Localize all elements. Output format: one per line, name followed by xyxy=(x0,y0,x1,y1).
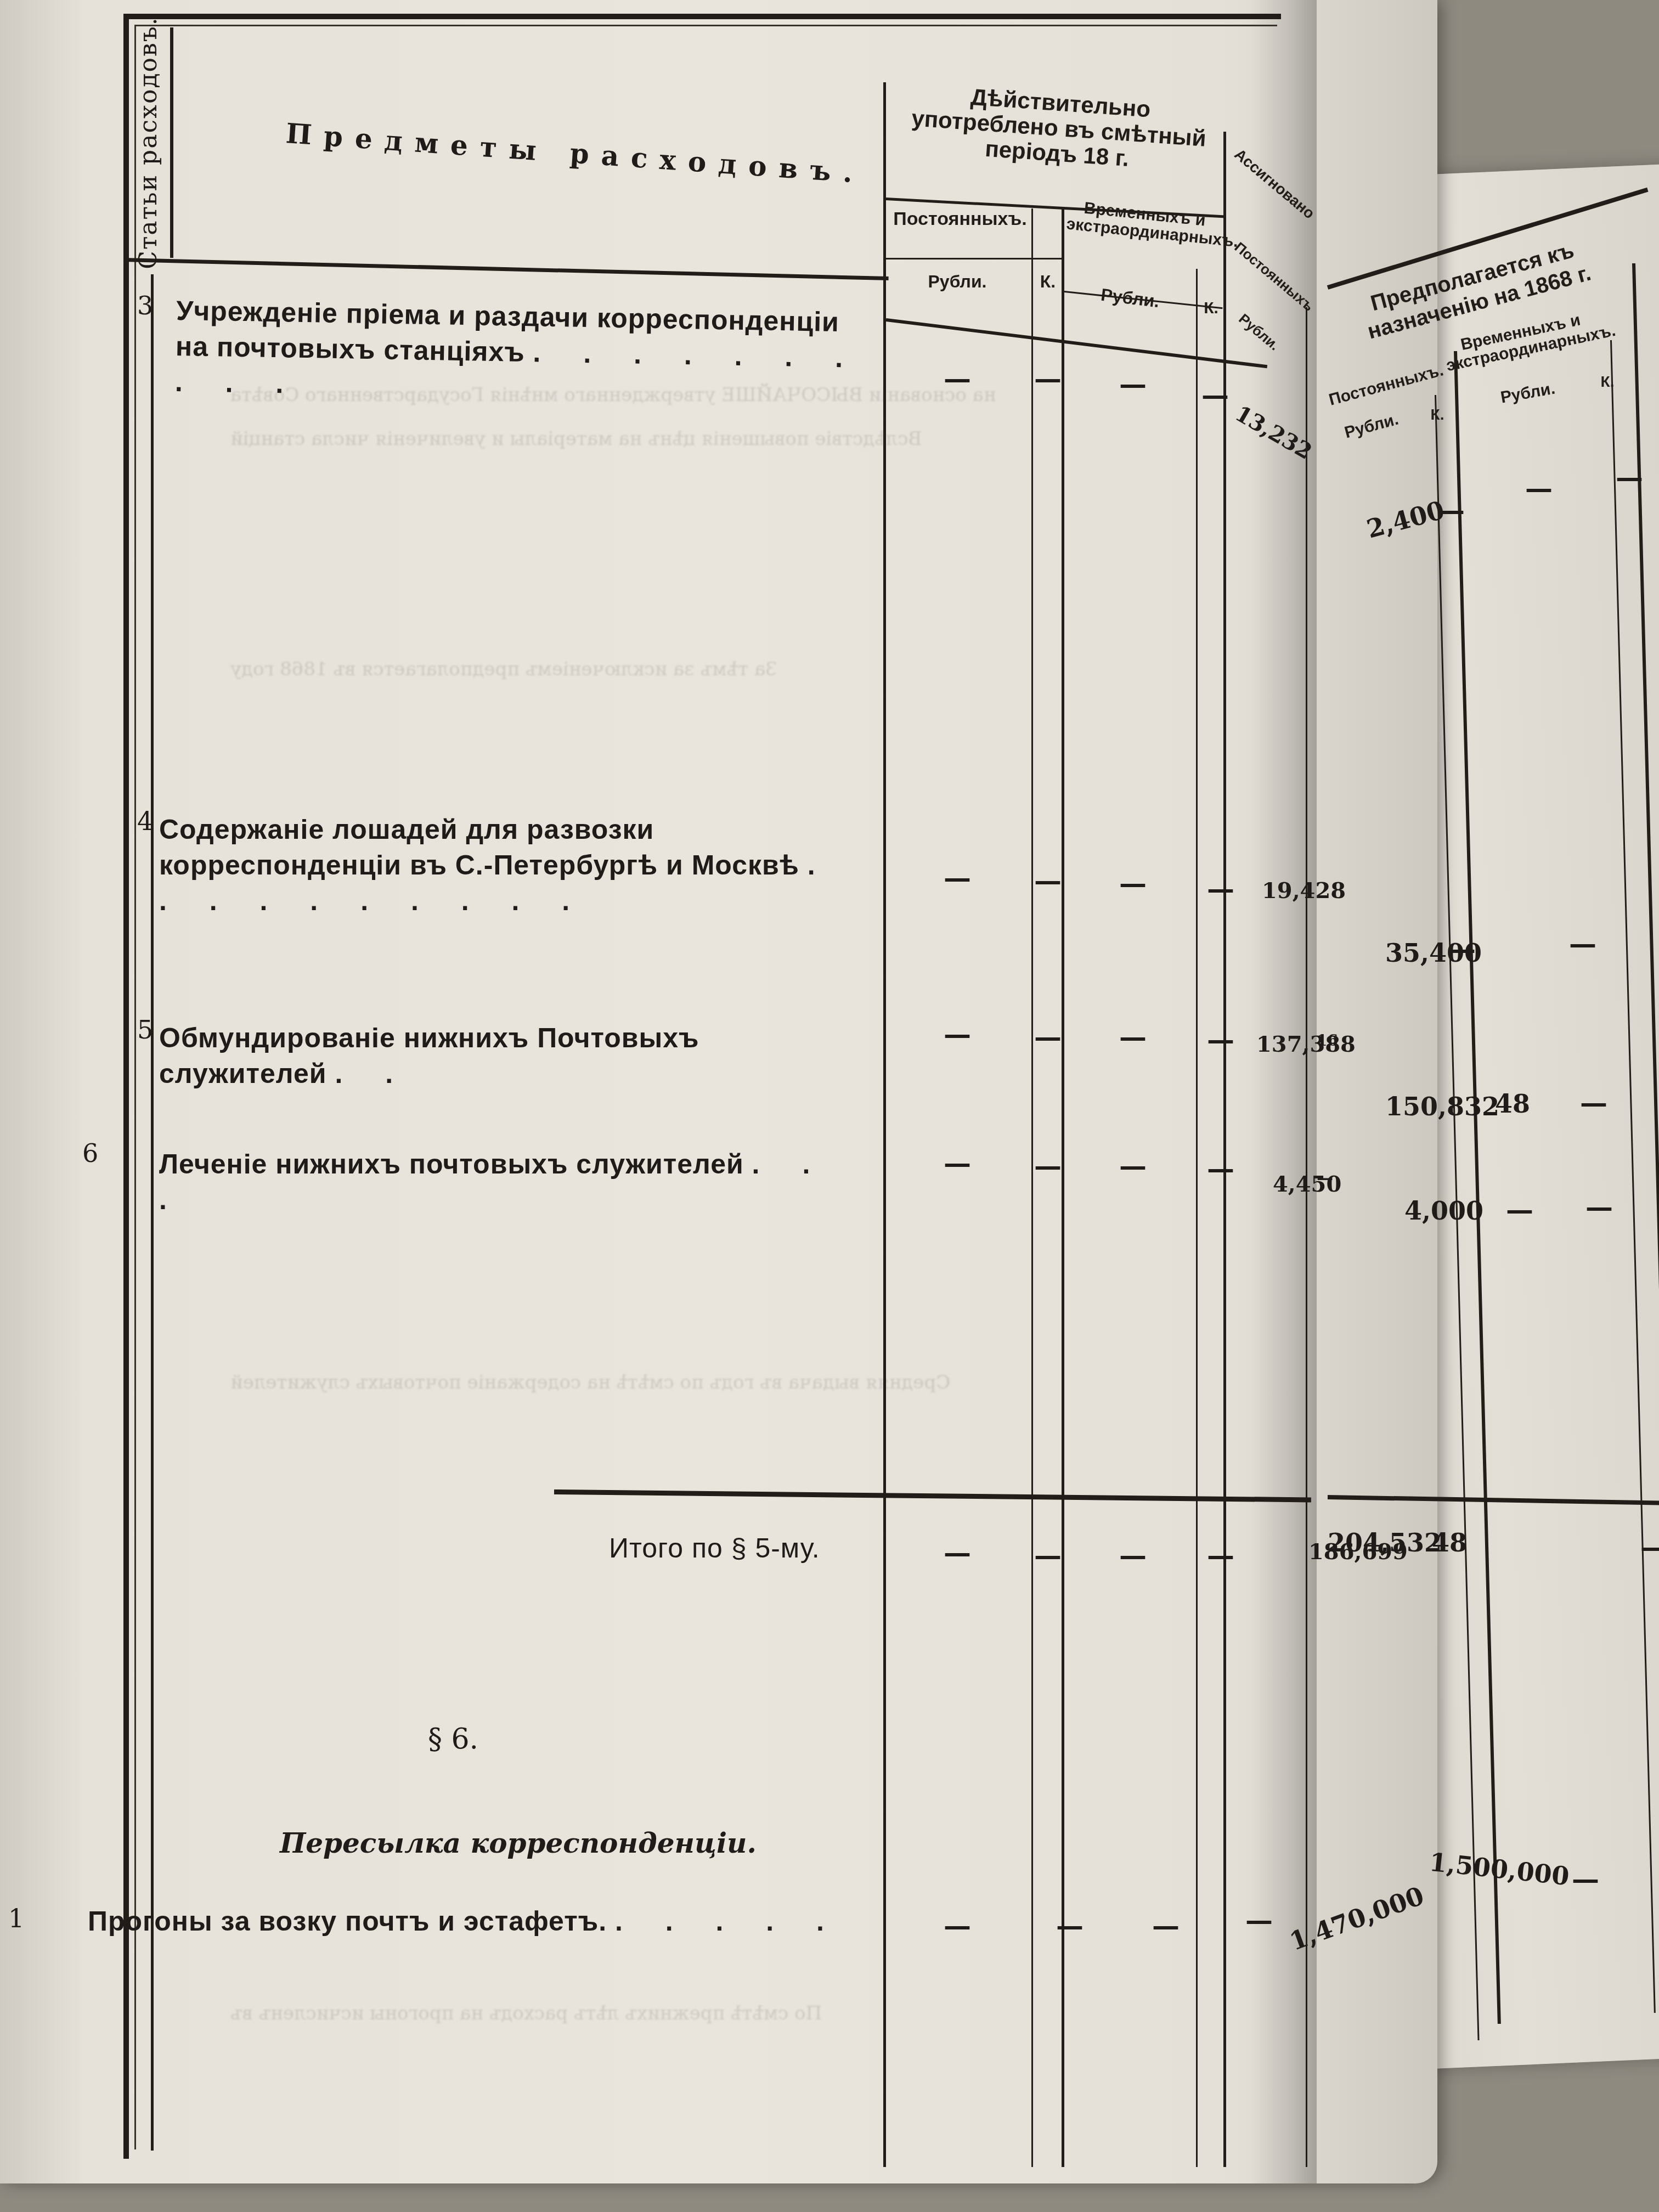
spent-temp-rub: — xyxy=(1119,867,1147,899)
spent-perm-rub: — xyxy=(944,861,971,894)
spent-perm-kop: — xyxy=(1034,1020,1062,1053)
row-number: 1 xyxy=(8,1904,24,1933)
header-rule xyxy=(886,258,1062,259)
row-number: 5 xyxy=(137,1015,153,1045)
kopecks-header: К. xyxy=(1199,299,1223,318)
spent-perm-rub: — xyxy=(944,1147,971,1179)
spent-temp-rub: — xyxy=(1152,1909,1180,1942)
proposed-temp-rub: — xyxy=(1525,472,1553,504)
proposed-temp-rub: — xyxy=(1580,1086,1607,1119)
document-page: на основаніи ВЫСОЧАЙШЕ утвержденнаго мнѣ… xyxy=(0,0,1437,2183)
row-description: Содержаніе лошадей для развозки корреспо… xyxy=(159,812,872,919)
proposed-perm-kop: — xyxy=(1506,1193,1533,1226)
articles-header: Статьи расходовъ. xyxy=(123,33,173,252)
total-label: Итого по § 5-му. xyxy=(609,1531,820,1566)
row-description: Леченіе нижнихъ почтовыхъ служителей . .… xyxy=(159,1147,872,1218)
spent-column-divider xyxy=(883,82,886,2167)
spent-perm-kop: — xyxy=(1034,1149,1062,1182)
section-subtitle: Пересылка корреспонденціи. xyxy=(280,1827,757,1859)
kopecks-header: К. xyxy=(1596,373,1618,391)
total-spent-perm-rub: — xyxy=(944,1536,971,1568)
proposed-perm-rub: 150,832 xyxy=(1385,1092,1499,1121)
total-proposed-temp-rub: — xyxy=(1640,1531,1659,1563)
row-description: Учрежденіе пріема и раздачи корреспонден… xyxy=(174,293,873,412)
assigned-perm-rub: 19,428 xyxy=(1262,878,1346,904)
kop-divider xyxy=(1031,208,1033,2167)
row-number: 6 xyxy=(82,1138,98,1168)
row-number: 3 xyxy=(137,291,153,320)
row-description: Прогоны за возку почтъ и эстафетъ. . . .… xyxy=(88,1904,883,1939)
rubles-header: Рубли. xyxy=(889,272,1026,292)
assigned-perm-rub: 137,388 xyxy=(1256,1031,1356,1057)
kopecks-header: К. xyxy=(1034,272,1062,292)
row-description: Обмундированіе нижнихъ Почтовыхъ служите… xyxy=(159,1020,872,1092)
proposed-temp-rub: — xyxy=(1569,927,1596,960)
spent-perm-kop: — xyxy=(1056,1909,1084,1942)
spent-temp-kop: — xyxy=(1207,1152,1234,1184)
kopecks-header: К. xyxy=(1426,406,1448,424)
spent-temp-rub: — xyxy=(1119,1020,1147,1053)
temp-column-divider xyxy=(1062,208,1064,2167)
proposed-perm-kop: — xyxy=(1572,1863,1599,1895)
proposed-temp-kop: — xyxy=(1616,461,1643,493)
spent-perm-rub: — xyxy=(944,1018,971,1050)
spent-temp-kop: — xyxy=(1201,379,1229,411)
spent-perm-rub: — xyxy=(944,362,971,394)
spent-temp-kop: — xyxy=(1207,872,1234,905)
total-proposed-perm-rub: 204,532 xyxy=(1328,1528,1442,1558)
assigned-perm-kop: — xyxy=(1317,1169,1333,1188)
kop-divider xyxy=(1306,307,1307,2167)
kop-divider xyxy=(1196,269,1198,2167)
total-spent-perm-kop: — xyxy=(1034,1539,1062,1571)
assigned-column-divider xyxy=(1223,132,1226,2167)
proposed-perm-kop: — xyxy=(1437,494,1465,526)
spent-temp-kop: — xyxy=(1207,1023,1234,1056)
total-proposed-perm-kop: 48 xyxy=(1432,1528,1467,1558)
assigned-perm-kop: 16 xyxy=(1317,1031,1338,1049)
spent-perm-kop: — xyxy=(1034,864,1062,896)
spent-perm-rub: — xyxy=(944,1909,971,1942)
proposed-perm-kop: — xyxy=(1448,933,1476,965)
proposed-perm-kop: 48 xyxy=(1495,1089,1530,1119)
spent-permanent-header: Постоянныхъ. xyxy=(889,208,1031,230)
row-number: 4 xyxy=(137,806,153,836)
section-title: § 6. xyxy=(428,1723,478,1756)
total-spent-temp-kop: — xyxy=(1207,1539,1234,1571)
spent-temp-kop: — xyxy=(1245,1904,1273,1936)
articles-column-divider xyxy=(151,274,154,2151)
spent-perm-kop: — xyxy=(1034,362,1062,394)
spent-temp-rub: — xyxy=(1119,368,1147,400)
proposed-perm-rub: 4,000 xyxy=(1404,1196,1483,1226)
total-spent-temp-rub: — xyxy=(1119,1539,1147,1571)
spent-temp-rub: — xyxy=(1119,1149,1147,1182)
proposed-temp-rub: — xyxy=(1585,1190,1613,1223)
